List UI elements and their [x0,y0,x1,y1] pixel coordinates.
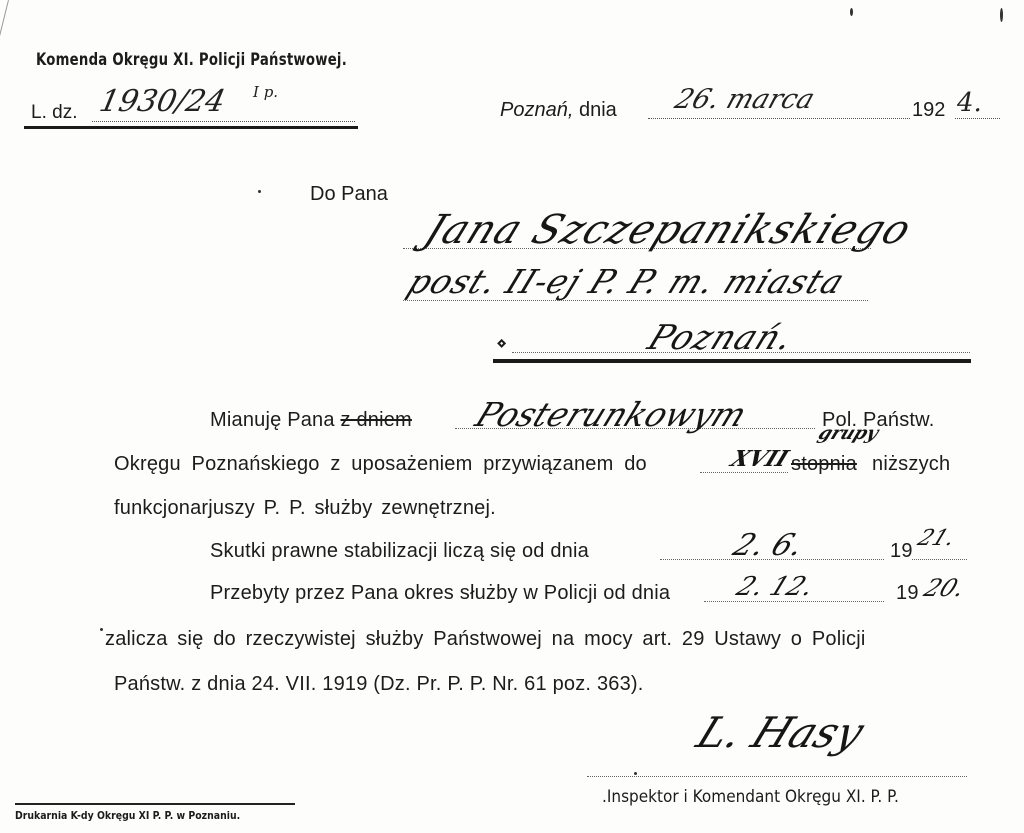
year-dotted-line [955,118,1000,119]
paper-speck [1000,8,1003,22]
paper-speck [258,190,261,193]
stabilization-label: Skutki prawne stabilizacji liczą się od … [210,540,589,563]
day-label: dnia [579,99,617,121]
appointment-line: Mianuję Pana z dniem [210,409,412,432]
signatory-title: .Inspektor i Komendant Okręgu XI. P. P. [602,787,899,807]
salary-suffix: niższych [872,453,950,476]
date-handwritten: 26. marca [671,84,818,115]
city-name: Poznań, [500,99,573,121]
appointment-rank-handwritten: Posterunkowym [470,395,753,434]
reference-dotted-line [92,121,355,122]
paper-speck [634,772,637,775]
printer-imprint: Drukarnia K-dy Okręgu XI P. P. w Poznani… [15,809,240,822]
header-rule [24,126,358,129]
reference-label: L. dz. [31,102,77,124]
year-handwritten: 4. [957,88,982,118]
service-year-printed: 19 [896,582,919,605]
date-line: Poznań, dnia [500,99,617,122]
signature-handwritten: L. Hasy [690,708,871,757]
year-printed: 192 [912,99,945,122]
stabilization-year-printed: 19 [890,540,913,563]
appointment-prefix: Mianuję Pana [210,409,335,431]
legal-line-1: zalicza się do rzeczywistej służby Państ… [105,628,866,651]
service-date-handwritten: 2. 12. [732,572,819,602]
service-line: funkcjonarjuszy P. P. służby zewnętrznej… [114,497,496,520]
margin-mark [0,0,9,131]
reference-number-handwritten: 1930/24 [96,84,228,119]
salary-correction-handwritten: grupy [815,423,882,444]
paper-speck [850,8,853,16]
salary-group-handwritten: XVII [727,446,792,472]
reference-suffix-handwritten: I p. [253,83,278,101]
salutation: Do Pana [310,183,388,206]
document-page: Komenda Okręgu XI. Policji Państwowej. L… [0,0,1024,833]
stabilization-year-handwritten: 21. [914,526,959,551]
service-year-handwritten: 20. [920,574,969,602]
salary-dotted-line [700,472,788,473]
addressee-rank-handwritten: post. II-ej P. P. m. miasta [402,262,851,301]
stabilization-year-dotted-line [912,559,967,560]
addressee-name-handwritten: Jana Szczepanikskiego [418,207,919,253]
stabilization-date-handwritten: 2. 6. [728,528,809,563]
date-dotted-line [648,118,910,119]
issuer-heading: Komenda Okręgu XI. Policji Państwowej. [36,50,347,70]
district-text: Okręgu Poznańskiego z uposażeniem przywi… [114,453,647,476]
legal-line-2: Państw. z dnia 24. VII. 1919 (Dz. Pr. P.… [114,673,644,696]
paper-speck [100,628,103,631]
appointment-struck-text: z dniem [340,409,411,431]
salary-struck-text: stopnia [791,453,857,476]
footer-rule [15,803,295,805]
service-period-label: Przebyty przez Pana okres służby w Polic… [210,582,670,605]
addressee-place-handwritten: Poznań. [642,318,800,358]
place-mark-icon: ⋄ [496,333,507,354]
addressee-rule [493,359,971,363]
signature-dotted-line [587,776,967,777]
